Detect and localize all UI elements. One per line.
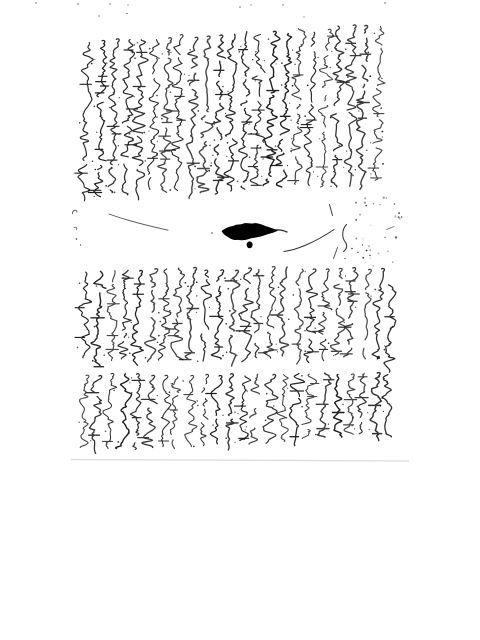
text-block-lower-b bbox=[78, 373, 384, 454]
curly-mark-right bbox=[343, 225, 347, 252]
tick-right bbox=[334, 248, 338, 259]
manuscript-scan bbox=[0, 0, 480, 640]
ink-blot bbox=[222, 223, 278, 248]
left-margin-squiggle bbox=[74, 227, 77, 230]
dash-far-right bbox=[387, 227, 395, 230]
ink-blot-drop bbox=[247, 241, 253, 248]
text-block-upper bbox=[75, 25, 385, 201]
scan-noise-cluster bbox=[355, 197, 402, 267]
hairline-diagonal-left bbox=[109, 214, 168, 230]
left-margin-hook bbox=[73, 210, 78, 213]
ink-blot-splat bbox=[222, 223, 278, 239]
text-block-lower-a bbox=[75, 267, 385, 367]
scanned-manuscript-page bbox=[0, 0, 480, 640]
ink-dots bbox=[76, 13, 380, 359]
top-edge-specks bbox=[35, 2, 386, 8]
curve-right-of-blob bbox=[284, 230, 334, 252]
slash-upper-right bbox=[330, 205, 333, 216]
bottom-scan-rule bbox=[71, 460, 409, 462]
text-column-right-margin bbox=[381, 285, 396, 437]
